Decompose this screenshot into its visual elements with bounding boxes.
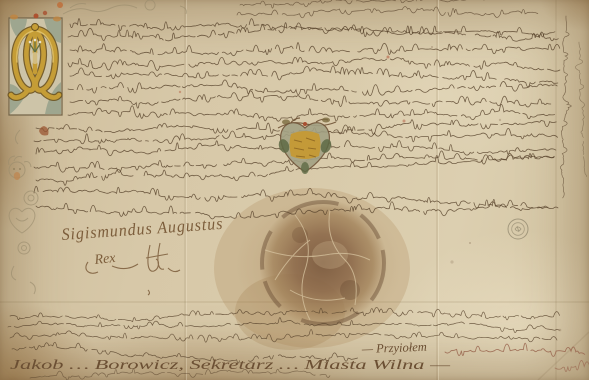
- signature-name: Sigismundus Augustus: [61, 214, 224, 244]
- illuminated-initial: [9, 14, 62, 116]
- royal-signature: Sigismundus Augustus Rex: [61, 214, 224, 295]
- secretary-line: Jakob … Borowicz, Sekretarz … Miasta Wil…: [10, 358, 451, 373]
- manuscript-photo: Sigismundus Augustus Rex — Przyiołem Jak…: [0, 0, 589, 380]
- heart-coat-of-arms: [277, 118, 336, 175]
- bottom-annotations: — Przyiołem Jakob … Borowicz, Sekretarz …: [10, 340, 451, 373]
- archive-stamp: [508, 219, 528, 239]
- signature-flourish: [86, 243, 180, 295]
- margin-color-spots: [13, 2, 405, 180]
- received-note: — Przyiołem: [361, 340, 427, 356]
- signature-paraph: Rex: [93, 251, 117, 268]
- manuscript-art: Sigismundus Augustus Rex — Przyiołem Jak…: [0, 0, 589, 380]
- seal-stain: [214, 188, 410, 350]
